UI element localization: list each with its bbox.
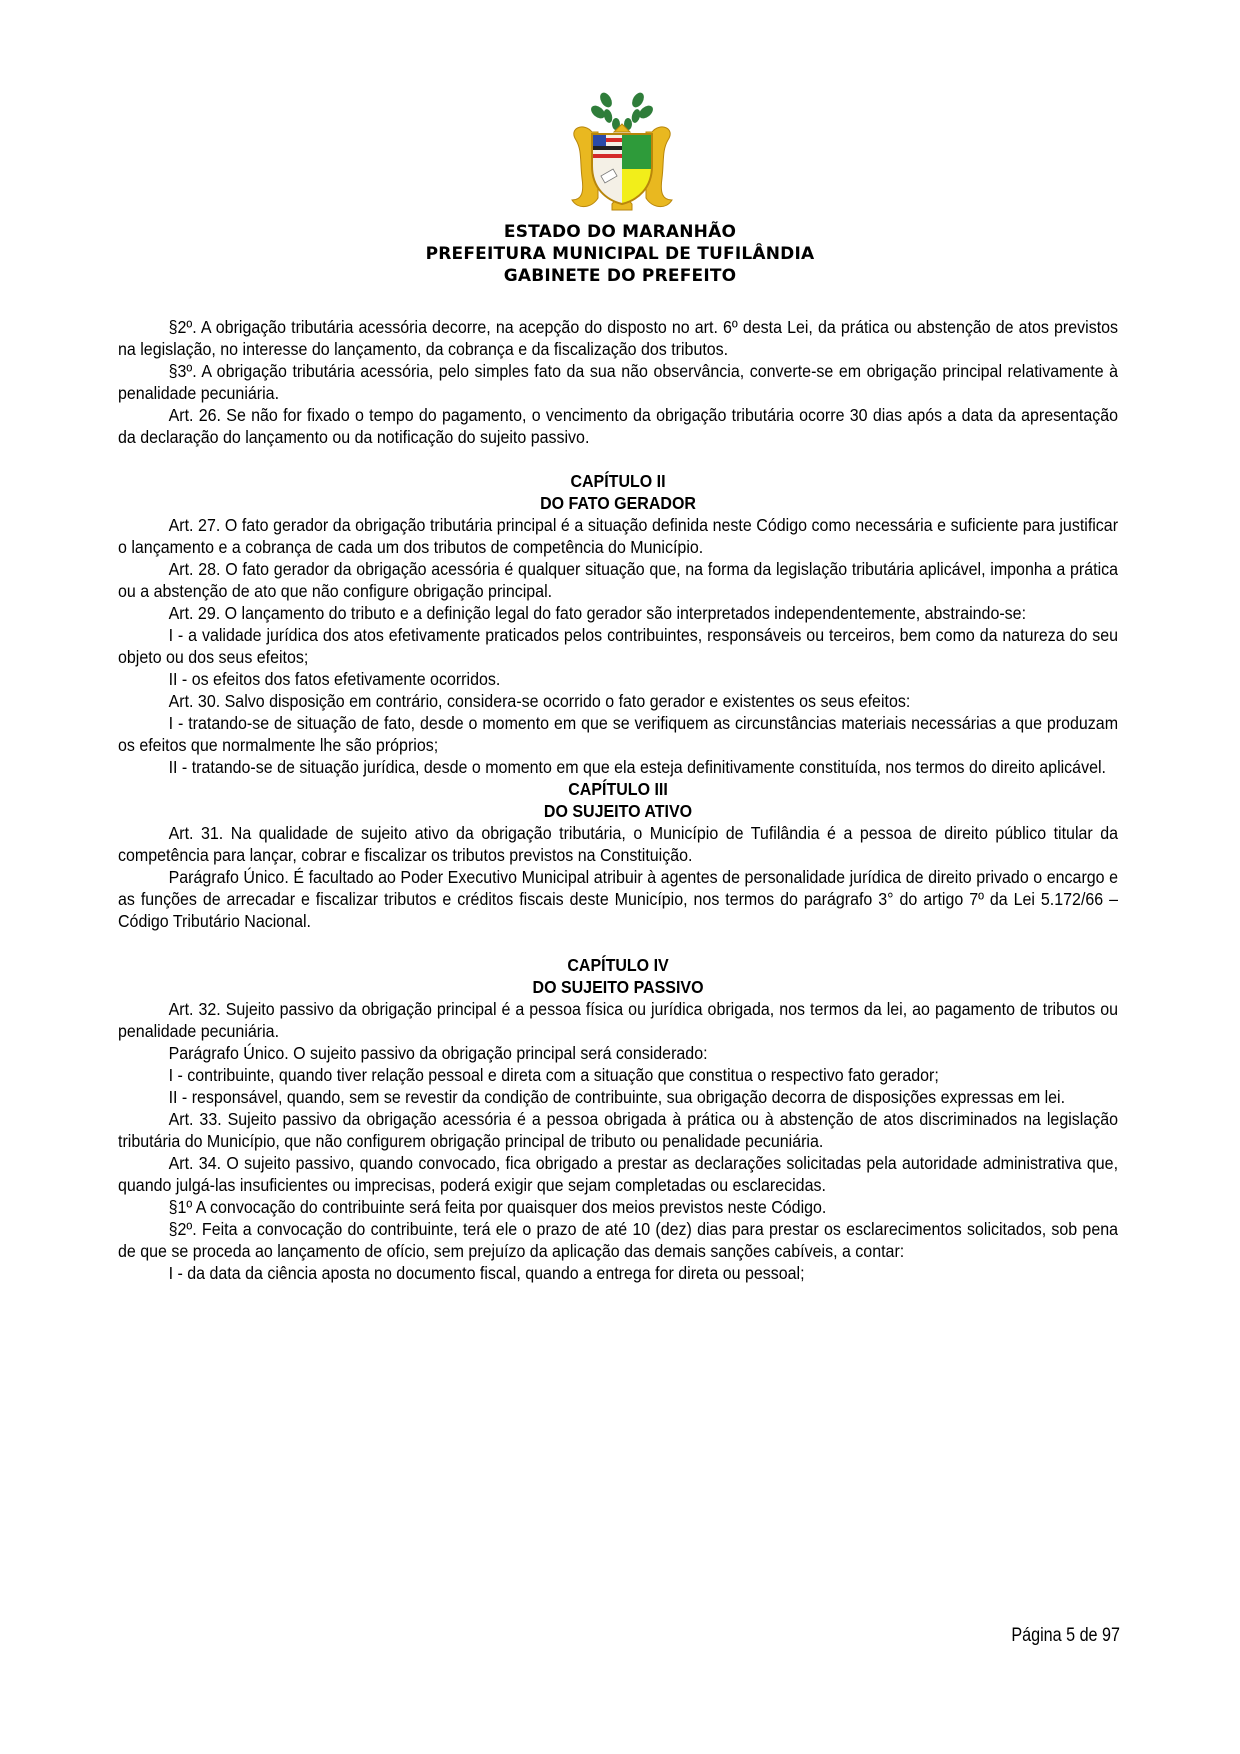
header-prefecture: PREFEITURA MUNICIPAL DE TUFILÂNDIA: [0, 243, 1240, 265]
chapter-number: CAPÍTULO III: [118, 778, 1118, 800]
paragraph: Art. 34. O sujeito passivo, quando convo…: [118, 1152, 1118, 1196]
paragraph: Art. 26. Se não for fixado o tempo do pa…: [118, 404, 1118, 448]
header-state: ESTADO DO MARANHÃO: [0, 221, 1240, 243]
document-header: ESTADO DO MARANHÃO PREFEITURA MUNICIPAL …: [0, 221, 1240, 287]
paragraph: I - a validade jurídica dos atos efetiva…: [118, 624, 1118, 668]
paragraph: Art. 33. Sujeito passivo da obrigação ac…: [118, 1108, 1118, 1152]
header-office: GABINETE DO PREFEITO: [0, 265, 1240, 287]
page-number: Página 5 de 97: [984, 1625, 1120, 1647]
paragraph: I - tratando-se de situação de fato, des…: [118, 712, 1118, 756]
chapter-title: DO FATO GERADOR: [118, 492, 1118, 514]
paragraph: Art. 30. Salvo disposição em contrário, …: [118, 690, 1118, 712]
paragraph: Art. 31. Na qualidade de sujeito ativo d…: [118, 822, 1118, 866]
paragraph: II - tratando-se de situação jurídica, d…: [118, 756, 1118, 778]
paragraph: Art. 32. Sujeito passivo da obrigação pr…: [118, 998, 1118, 1042]
chapter-number: CAPÍTULO IV: [118, 954, 1118, 976]
chapter-title: DO SUJEITO ATIVO: [118, 800, 1118, 822]
paragraph: §1º A convocação do contribuinte será fe…: [118, 1196, 1118, 1218]
chapter-title: DO SUJEITO PASSIVO: [118, 976, 1118, 998]
paragraph: §2º. Feita a convocação do contribuinte,…: [118, 1218, 1118, 1262]
paragraph: §3º. A obrigação tributária acessória, p…: [118, 360, 1118, 404]
paragraph: Art. 27. O fato gerador da obrigação tri…: [118, 514, 1118, 558]
paragraph: II - os efeitos dos fatos efetivamente o…: [118, 668, 1118, 690]
document-page: ESTADO DO MARANHÃO PREFEITURA MUNICIPAL …: [0, 0, 1240, 1754]
paragraph: II - responsável, quando, sem se revesti…: [118, 1086, 1118, 1108]
document-body: §2º. A obrigação tributária acessória de…: [118, 316, 1038, 1284]
paragraph: §2º. A obrigação tributária acessória de…: [118, 316, 1118, 360]
municipal-coat-of-arms-icon: [562, 88, 682, 218]
paragraph: Parágrafo Único. O sujeito passivo da ob…: [118, 1042, 1118, 1064]
paragraph: Parágrafo Único. É facultado ao Poder Ex…: [118, 866, 1118, 932]
paragraph: I - contribuinte, quando tiver relação p…: [118, 1064, 1118, 1086]
chapter-number: CAPÍTULO II: [118, 470, 1118, 492]
paragraph: I - da data da ciência aposta no documen…: [118, 1262, 1118, 1284]
paragraph: Art. 28. O fato gerador da obrigação ace…: [118, 558, 1118, 602]
paragraph: Art. 29. O lançamento do tributo e a def…: [118, 602, 1118, 624]
